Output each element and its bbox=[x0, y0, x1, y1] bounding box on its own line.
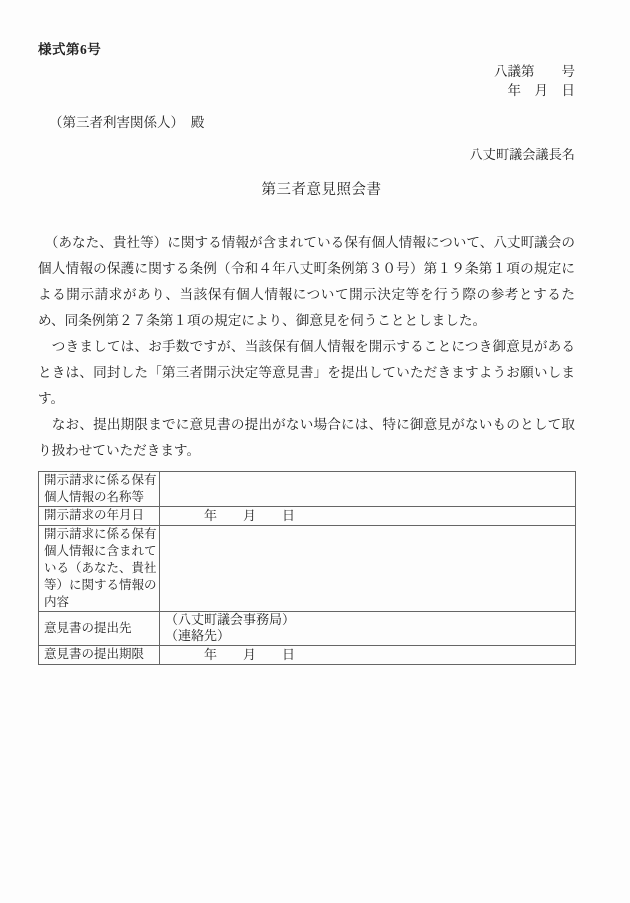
row-label-held-info-name: 開示請求に係る保有 個人情報の名称等 bbox=[39, 472, 160, 507]
row-value-held-info-name bbox=[160, 472, 576, 507]
table-row-info-content: 開示請求に係る保有 個人情報に含まれて いる（あなた、貴社 等）に関する情報の … bbox=[39, 526, 576, 612]
body-paragraph-3: なお、提出期限までに意見書の提出がない場合には、特に御意見がないものとして取り扱… bbox=[38, 412, 575, 464]
row-label-submission-destination: 意見書の提出先 bbox=[39, 612, 160, 646]
row-value-request-date: 年 月 日 bbox=[160, 507, 576, 526]
body-paragraph-1: （あなた、貴社等）に関する情報が含まれている保有個人情報について、八丈町議会の個… bbox=[38, 230, 575, 334]
sender-name: 八丈町議会議長名 bbox=[38, 148, 575, 162]
document-title: 第三者意見照会書 bbox=[38, 182, 575, 198]
document-number-block: 八議第 号 年 月 日 bbox=[38, 62, 575, 100]
row-label-submission-deadline: 意見書の提出期限 bbox=[39, 646, 160, 665]
form-number: 様式第6号 bbox=[38, 42, 575, 58]
row-label-info-content: 開示請求に係る保有 個人情報に含まれて いる（あなた、貴社 等）に関する情報の … bbox=[39, 526, 160, 612]
document-page: 様式第6号 八議第 号 年 月 日 （第三者利害関係人） 殿 八丈町議会議長名 … bbox=[0, 0, 630, 903]
document-number-line: 八議第 号 bbox=[38, 62, 575, 81]
row-value-submission-deadline: 年 月 日 bbox=[160, 646, 576, 665]
table-row-held-info-name: 開示請求に係る保有 個人情報の名称等 bbox=[39, 472, 576, 507]
request-details-table: 開示請求に係る保有 個人情報の名称等 開示請求の年月日 年 月 日 開示請求に係… bbox=[38, 471, 576, 665]
document-content: 様式第6号 八議第 号 年 月 日 （第三者利害関係人） 殿 八丈町議会議長名 … bbox=[38, 0, 575, 665]
body-paragraph-2: つきましては、お手数ですが、当該保有個人情報を開示することにつき御意見があるとき… bbox=[38, 334, 575, 412]
addressee-line: （第三者利害関係人） 殿 bbox=[38, 115, 575, 130]
table-row-submission-deadline: 意見書の提出期限 年 月 日 bbox=[39, 646, 576, 665]
table-row-submission-destination: 意見書の提出先 （八丈町議会事務局） （連絡先） bbox=[39, 612, 576, 646]
table-row-request-date: 開示請求の年月日 年 月 日 bbox=[39, 507, 576, 526]
date-line: 年 月 日 bbox=[38, 81, 575, 100]
row-label-request-date: 開示請求の年月日 bbox=[39, 507, 160, 526]
row-value-submission-destination: （八丈町議会事務局） （連絡先） bbox=[160, 612, 576, 646]
row-value-info-content bbox=[160, 526, 576, 612]
